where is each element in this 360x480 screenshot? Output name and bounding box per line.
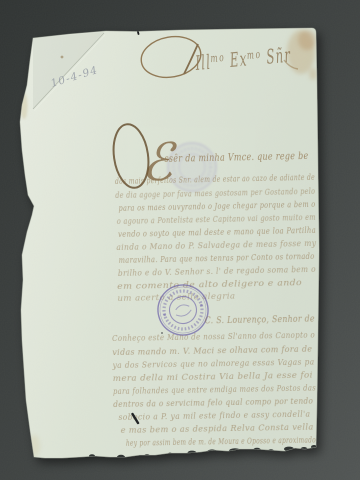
paper-grain: [0, 0, 360, 480]
manuscript-page: 10-4-94 Illᵐᵒ Exᵐᵒ Sñr ℰ ssêr da: [0, 0, 360, 480]
manuscript-photo: 10-4-94 Illᵐᵒ Exᵐᵒ Sñr ℰ ssêr da: [0, 0, 360, 480]
